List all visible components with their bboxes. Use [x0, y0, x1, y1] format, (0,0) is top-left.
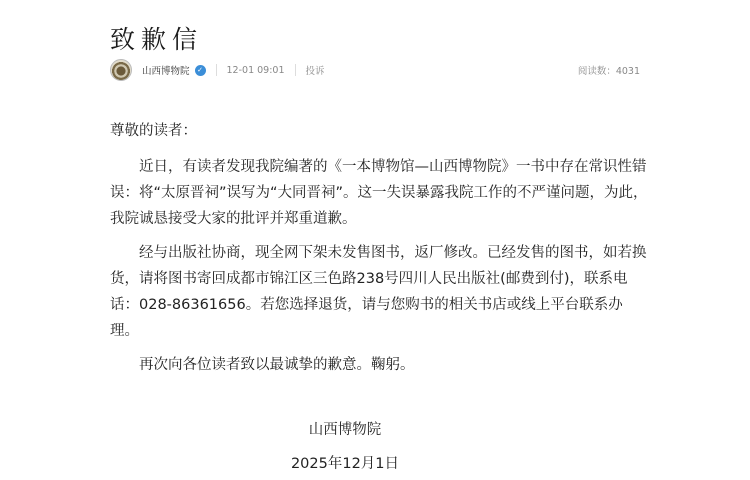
timestamp: 12-01 09:01: [227, 65, 285, 76]
divider: [216, 64, 217, 76]
letter-paragraph: 再次向各位读者致以最诚挚的歉意。鞠躬。: [110, 352, 650, 378]
article-meta: 山西博物院 ✓ 12-01 09:01 投诉 阅读数：4031: [110, 58, 640, 82]
letter-paragraph: 近日，有读者发现我院编著的《一本博物馆—山西博物院》一书中存在常识性错误：将“太…: [110, 154, 650, 232]
letter-body: 尊敬的读者： 近日，有读者发现我院编著的《一本博物馆—山西博物院》一书中存在常识…: [110, 118, 650, 386]
letter-greeting: 尊敬的读者：: [110, 118, 650, 144]
author-name[interactable]: 山西博物院: [142, 63, 190, 77]
letter-signature: 山西博物院: [0, 418, 720, 439]
read-count: 阅读数：4031: [578, 63, 640, 77]
divider: [295, 64, 296, 76]
verified-badge-icon: ✓: [195, 65, 206, 76]
author-avatar[interactable]: [110, 59, 132, 81]
report-link[interactable]: 投诉: [306, 63, 325, 77]
article-title: 致歉信: [110, 20, 203, 56]
letter-date: 2025年12月1日: [0, 452, 720, 473]
letter-paragraph: 经与出版社协商，现全网下架未发售图书，返厂修改。已经发售的图书，如若换货，请将图…: [110, 240, 650, 344]
